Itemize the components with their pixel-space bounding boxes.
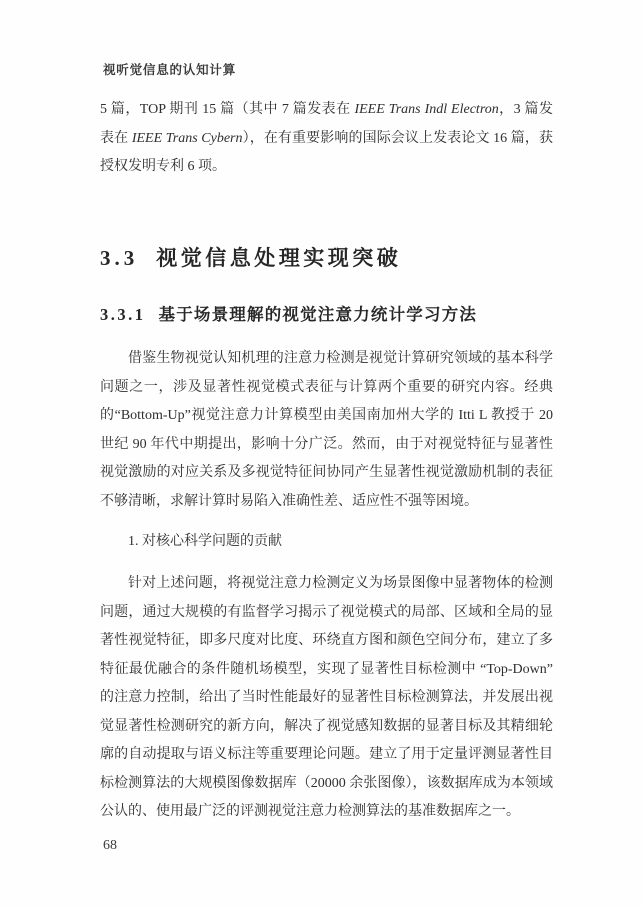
running-header: 视听觉信息的认知计算 [103,60,236,78]
journal-name-italic: IEEE Trans Cybern [132,131,243,146]
body-paragraph-2: 针对上述问题，将视觉注意力检测定义为场景图像中显著物体的检测问题，通过大规模的有… [100,570,553,827]
body-paragraph-1: 借鉴生物视觉认知机理的注意力检测是视觉计算研究领域的基本科学问题之一，涉及显著性… [100,345,553,516]
subsection-title: 基于场景理解的视觉注意力统计学习方法 [159,305,478,324]
journal-name-italic: IEEE Trans Indl Electron [354,102,498,117]
numbered-list-heading: 1. 对核心科学问题的贡献 [100,528,553,557]
subsection-heading: 3.3.1基于场景理解的视觉注意力统计学习方法 [100,301,477,325]
section-heading: 3.3视觉信息处理实现突破 [100,242,401,272]
section-number: 3.3 [100,246,138,270]
page-number: 68 [103,838,117,854]
intro-text-segment: 5 篇，TOP 期刊 15 篇（其中 7 篇发表在 [100,102,354,117]
subsection-number: 3.3.1 [100,305,146,324]
intro-paragraph: 5 篇，TOP 期刊 15 篇（其中 7 篇发表在 IEEE Trans Ind… [100,96,553,182]
section-title: 视觉信息处理实现突破 [156,246,401,270]
document-page: 视听觉信息的认知计算 5 篇，TOP 期刊 15 篇（其中 7 篇发表在 IEE… [0,0,643,908]
